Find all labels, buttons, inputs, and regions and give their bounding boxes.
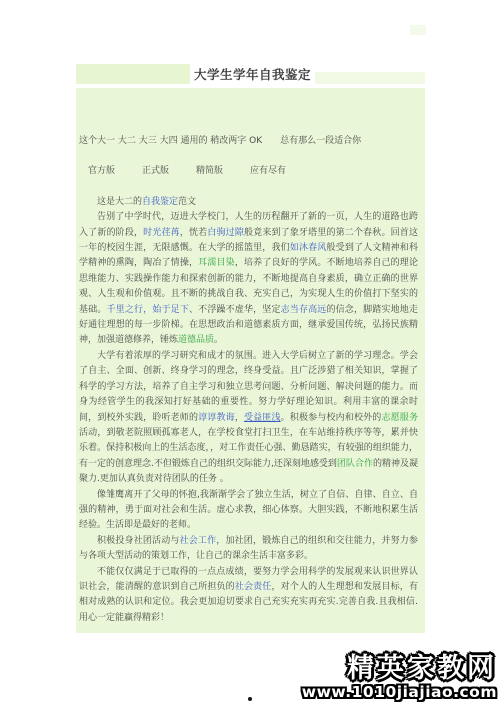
highlight-artifact <box>410 25 426 35</box>
keyword-link[interactable]: 如沐春风 <box>290 243 327 253</box>
keyword-link[interactable]: 千里之行，始于足下 <box>107 305 189 315</box>
paragraph: 官方版 正式版 精简版 应有尽有 <box>79 164 418 179</box>
text-segment: ， <box>235 413 244 423</box>
keyword-link[interactable]: 志当存高远 <box>281 305 327 315</box>
keyword-link[interactable]: 团队合作 <box>337 459 373 469</box>
paragraph: 这是大二的自我鉴定范文 <box>79 195 418 210</box>
watermark-site-name: 精英家教网 <box>302 655 497 682</box>
keyword-link[interactable]: 耳濡目染 <box>198 258 235 268</box>
stray-dot <box>248 697 252 701</box>
paragraph: 积极投身社团活动与社会工作，加社团，锻炼自己的组织和交往能力，并努力参与各项大型… <box>79 534 418 565</box>
text-segment: 官方版 正式版 精简版 应有尽有 <box>88 166 286 176</box>
document-page: 大学生学年自我鉴定 这个大一 大二 大三 大四 通用的 稍改两字 OK 总有那么… <box>0 0 500 707</box>
page-title: 大学生学年自我鉴定 <box>190 65 315 83</box>
paragraph: 不能仅仅满足于已取得的一点点成绩，要努力学会用科学的发展观来认识世界认识社会，能… <box>79 565 418 627</box>
keyword-link[interactable]: 白驹过隙 <box>207 228 244 238</box>
title-row: 大学生学年自我鉴定 <box>76 63 425 84</box>
text-segment: 。积极参与校内和校外的 <box>281 413 382 423</box>
text-segment: 、不浮躁不虚华，坚定 <box>189 305 281 315</box>
keyword-link[interactable]: 社会责任 <box>235 582 272 592</box>
content-block: 这个大一 大二 大三 大四 通用的 稍改两字 OK 总有那么一段适合你官方版 正… <box>76 88 425 633</box>
text-segment: 这是大二的 <box>97 197 142 207</box>
text-segment: ，恍若 <box>180 228 208 238</box>
keyword-link[interactable]: 道德品质 <box>178 335 214 345</box>
watermark: 精英家教网 www.1010jiajiao.com <box>302 655 497 701</box>
keyword-link[interactable]: 志愿服务 <box>381 413 418 423</box>
paragraph: 这个大一 大二 大三 大四 通用的 稍改两字 OK 总有那么一段适合你 <box>79 134 418 149</box>
text-segment: 范文 <box>178 197 196 207</box>
title-highlight-left <box>76 64 190 84</box>
text-segment: 这个大一 大二 大三 大四 通用的 稍改两字 OK 总有那么一段适合你 <box>79 136 361 146</box>
keyword-link[interactable]: 时光荏苒 <box>143 228 180 238</box>
keyword-link[interactable]: 受益匪浅 <box>244 413 281 423</box>
keyword-link[interactable]: 谆谆教诲 <box>198 413 235 423</box>
watermark-url: www.1010jiajiao.com <box>302 685 497 701</box>
paragraph: 大学有着浓厚的学习研究和成才的氛围。进入大学后树立了新的学习理念。学会了自主、全… <box>79 349 418 488</box>
keyword-link[interactable]: 自我鉴定 <box>142 197 178 207</box>
text-segment: 积极投身社团活动与 <box>97 536 180 546</box>
title-highlight-right <box>315 72 425 84</box>
keyword-link[interactable]: 社会工作 <box>180 536 217 546</box>
text-segment: 。 <box>214 335 223 345</box>
paragraph: 像雏鹰离开了父母的怀抱,我渐渐学会了独立生活，树立了自信、自律、自立、自强的精神… <box>79 488 418 534</box>
paragraph: 告别了中学时代，迈进大学校门，人生的历程翻开了新的一页，人生的道路也跨入了新的阶… <box>79 210 418 349</box>
text-segment: 像雏鹰离开了父母的怀抱,我渐渐学会了独立生活，树立了自信、自律、自立、自强的精神… <box>79 490 418 531</box>
